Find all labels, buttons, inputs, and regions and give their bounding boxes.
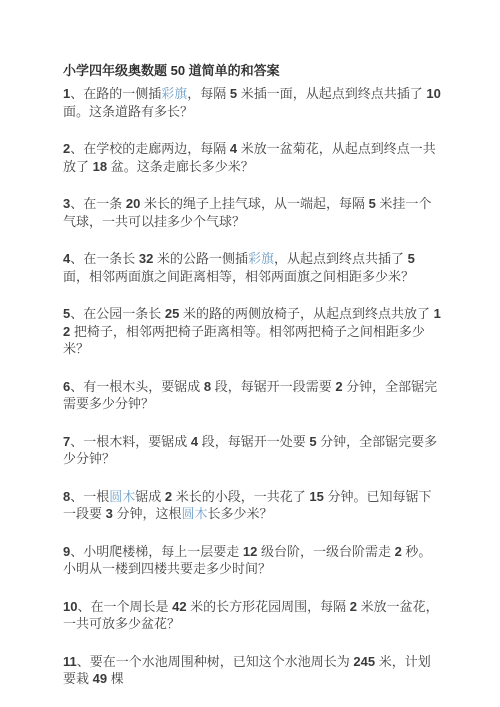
problem-text: 米长的绳子上挂气球，从一端起，每隔 [140,196,368,211]
problem-number: 10 [63,599,77,614]
problem-item: 2、在学校的走廊两边，每隔 4 米放一盆菊花，从起点到终点一共放了 18 盆。这… [63,140,441,175]
problem-text: 、在一条 [70,196,126,211]
problem-text: 分钟，这根 [113,506,182,521]
problem-number: 49 [93,671,107,686]
problem-text: 米长的小段，一共花了 [172,489,309,504]
problem-text: 锯成 [135,489,165,504]
keyword-link[interactable]: 圆木 [109,489,135,504]
problem-text: 段，每锯开一段需要 [211,379,335,394]
problem-number: 2 [350,599,357,614]
problem-item: 11、要在一个水池周围种树，已知这个水池周长为 245 米，计划要栽 49 棵 [63,653,441,688]
problem-item: 4、在一条长 32 米的公路一侧插彩旗，从起点到终点共插了 5 面，相邻两面旗之… [63,250,441,285]
problem-item: 9、小明爬楼梯，每上一层要走 12 级台阶，一级台阶需走 2 秒。小明从一楼到四… [63,543,441,578]
problem-number: 42 [172,599,186,614]
problem-text: 、在公园一条长 [70,306,165,321]
problem-number: 10 [426,86,440,101]
problem-text: 、有一根木头，要锯成 [70,379,204,394]
problem-number: 11 [63,654,77,669]
problem-item: 5、在公园一条长 25 米的路的两侧放椅子，从起点到终点共放了 12 把椅子，相… [63,305,441,358]
problem-number: 20 [126,196,140,211]
keyword-link[interactable]: 彩旗 [161,86,187,101]
problem-text: 、小明爬楼梯，每上一层要走 [70,544,243,559]
problem-number: 25 [165,306,179,321]
problem-number: 245 [353,654,375,669]
problem-number: 5 [309,434,316,449]
problem-text: 、在路的一侧插 [70,86,161,101]
problem-text: 、一根 [70,489,109,504]
problem-item: 3、在一条 20 米长的绳子上挂气球，从一端起，每隔 5 米挂一个气球，一共可以… [63,195,441,230]
problem-number: 3 [106,506,113,521]
problem-text: 长多少米？ [208,506,273,521]
problem-text: 盆。这条走廊长多少米？ [107,159,254,174]
problem-text: 棵 [107,671,124,686]
problem-number: 2 [395,544,402,559]
problem-text: 段，每锯开一处要 [198,434,309,449]
problem-text: 米的长方形花园周围，每隔 [187,599,350,614]
problem-number: 18 [93,159,107,174]
document-page: 小学四年级奥数题 50 道简单的和答案 1、在路的一侧插彩旗，每隔 5 米插一面… [0,0,500,707]
problem-text: 面，相邻两面旗之间距离相等，相邻两面旗之间相距多少米？ [63,269,414,284]
problem-item: 7、一根木料，要锯成 4 段，每锯开一处要 5 分钟，全部锯完要多少分钟？ [63,433,441,468]
problem-number: 8 [204,379,211,394]
problem-item: 1、在路的一侧插彩旗，每隔 5 米插一面，从起点到终点共插了 10 面。这条道路… [63,85,441,120]
problem-number: 32 [139,251,153,266]
problem-text: 把椅子，相邻两把椅子距离相等。相邻两把椅子之间相距多少米？ [63,324,425,357]
problem-text: 米的公路一侧插 [153,251,248,266]
problem-item: 8、一根圆木锯成 2 米长的小段，一共花了 15 分钟。已知每锯下一段要 3 分… [63,488,441,523]
problem-number: 12 [243,544,257,559]
problem-item: 6、有一根木头，要锯成 8 段，每锯开一段需要 2 分钟，全部锯完需要多少分钟？ [63,378,441,413]
problem-number: 15 [309,489,323,504]
problem-text: 面。这条道路有多长？ [63,104,193,119]
problem-text: 、在学校的走廊两边，每隔 [70,141,230,156]
problem-number: 4 [230,141,237,156]
problem-text: 、在一条长 [70,251,139,266]
document-title: 小学四年级奥数题 50 道简单的和答案 [63,62,440,79]
problem-text: 级台阶，一级台阶需走 [257,544,394,559]
problem-number: 4 [191,434,198,449]
problem-number: 2 [335,379,342,394]
problem-text: 米的路的两侧放椅子，从起点到终点共放了 [179,306,433,321]
problem-item: 10、在一个周长是 42 米的长方形花园周围，每隔 2 米放一盆花，一共可放多少… [63,598,441,633]
problem-number: 5 [408,251,415,266]
problem-text: 、要在一个水池周围种树，已知这个水池周长为 [77,654,354,669]
problem-text: 米插一面，从起点到终点共插了 [237,86,426,101]
keyword-link[interactable]: 圆木 [181,506,207,521]
problem-list: 1、在路的一侧插彩旗，每隔 5 米插一面，从起点到终点共插了 10 面。这条道路… [63,85,440,688]
problem-number: 5 [369,196,376,211]
keyword-link[interactable]: 彩旗 [248,251,274,266]
problem-text: 、在一个周长是 [77,599,172,614]
problem-text: ，从起点到终点共插了 [274,251,408,266]
document-viewport: { "colors": { "background": "#ffffff", "… [0,0,500,707]
problem-text: 、一根木料，要锯成 [70,434,191,449]
problem-text: ，每隔 [187,86,230,101]
